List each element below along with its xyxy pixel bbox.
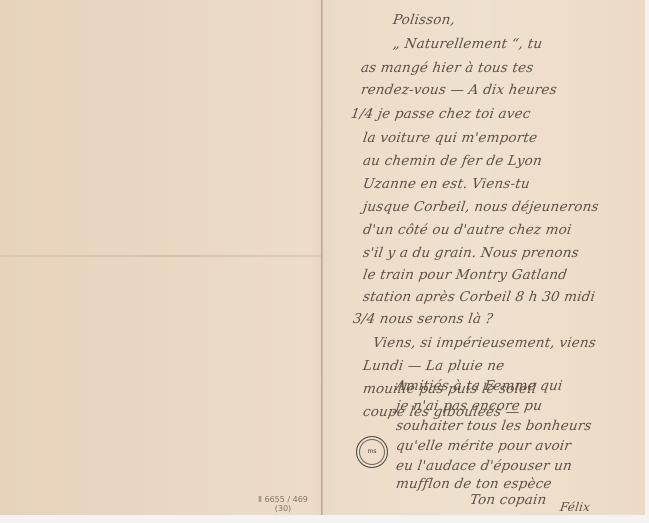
letter-line: mufflon de ton espèce	[395, 476, 553, 492]
letter-line: Lundi — La pluie ne	[362, 358, 506, 374]
letter-line: 1/4 je passe chez toi avec	[350, 106, 532, 122]
salutation: Polisson,	[392, 12, 456, 28]
letter-line: qu'elle mérite pour avoir	[395, 438, 572, 454]
letter-line: „ Naturellement “, tu	[392, 36, 544, 52]
horizontal-crease	[0, 255, 322, 257]
closing: Ton copain	[469, 492, 548, 508]
letter-line: d'un côté ou d'autre chez moi	[362, 222, 573, 238]
letter-line: Amitiés à ta Femme qui	[395, 378, 564, 394]
letter-line: le train pour Montry Gatland	[362, 267, 568, 283]
scan-margin-right	[645, 0, 649, 523]
letter-line: la voiture qui m'emporte	[362, 130, 539, 146]
letter-line: souhaiter tous les bonheurs	[395, 418, 593, 434]
letter-line: as mangé hier à tous tes	[360, 60, 535, 76]
stamp-center-text: ms	[368, 449, 377, 455]
letter-line: Uzanne en est. Viens-tu	[362, 176, 531, 192]
library-stamp: ms	[356, 436, 388, 468]
letter-line: station après Corbeil 8 h 30 midi	[362, 289, 596, 305]
letter-line: au chemin de fer de Lyon	[362, 153, 543, 169]
letter-line: Viens, si impérieusement, viens	[372, 335, 597, 351]
letter-line: eu l'audace d'épouser un	[395, 458, 573, 474]
letter-line: rendez-vous — A dix heures	[360, 82, 558, 98]
shelfmark: Ⅱ 6655 / 469 (30)	[258, 495, 308, 513]
letter-line: 3/4 nous serons là ?	[352, 311, 494, 327]
letter-line: je n'ai pas encore pu	[395, 398, 543, 414]
letter-line: s'il y a du grain. Nous prenons	[362, 245, 580, 261]
left-page-blank	[0, 0, 322, 515]
shelfmark-line2: (30)	[258, 504, 308, 513]
shelfmark-line1: Ⅱ 6655 / 469	[258, 495, 308, 504]
letter-line: jusque Corbeil, nous déjeunerons	[362, 199, 600, 215]
scan-margin-bottom	[0, 515, 649, 523]
